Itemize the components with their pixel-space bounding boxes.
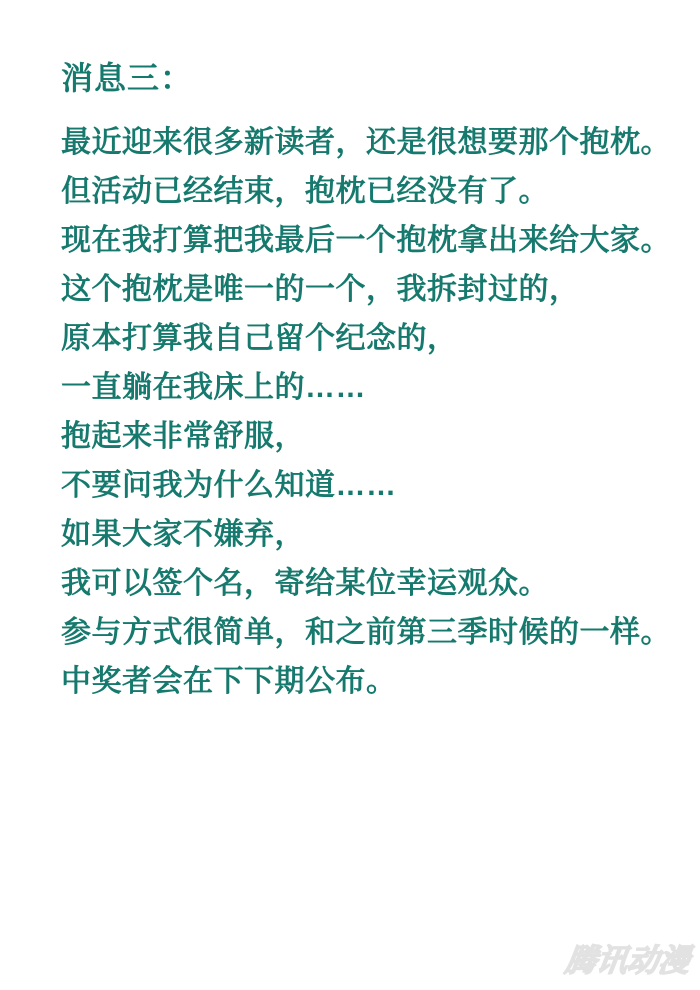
message-line: 我可以签个名，寄给某位幸运观众。 xyxy=(61,559,680,608)
message-line: 中奖者会在下下期公布。 xyxy=(61,657,680,706)
page-title: 消息三： xyxy=(61,57,680,99)
message-line: 如果大家不嫌弃， xyxy=(61,510,680,559)
message-line: 最近迎来很多新读者，还是很想要那个抱枕。 xyxy=(61,118,680,167)
message-line: 一直躺在我床上的…… xyxy=(61,363,680,412)
message-line: 现在我打算把我最后一个抱枕拿出来给大家。 xyxy=(61,216,680,265)
message-line: 抱起来非常舒服， xyxy=(61,412,680,461)
message-content: 消息三： 最近迎来很多新读者，还是很想要那个抱枕。 但活动已经结束，抱枕已经没有… xyxy=(61,57,680,706)
message-line: 参与方式很简单，和之前第三季时候的一样。 xyxy=(61,608,680,657)
message-line: 这个抱枕是唯一的一个，我拆封过的， xyxy=(61,265,680,314)
message-line: 原本打算我自己留个纪念的， xyxy=(61,314,680,363)
announcement-page: 消息三： 最近迎来很多新读者，还是很想要那个抱枕。 但活动已经结束，抱枕已经没有… xyxy=(0,0,700,990)
message-line: 但活动已经结束，抱枕已经没有了。 xyxy=(61,167,680,216)
message-body: 最近迎来很多新读者，还是很想要那个抱枕。 但活动已经结束，抱枕已经没有了。 现在… xyxy=(61,118,680,706)
message-line: 不要问我为什么知道…… xyxy=(61,461,680,510)
tencent-comics-watermark: 腾讯动漫 xyxy=(563,935,693,980)
